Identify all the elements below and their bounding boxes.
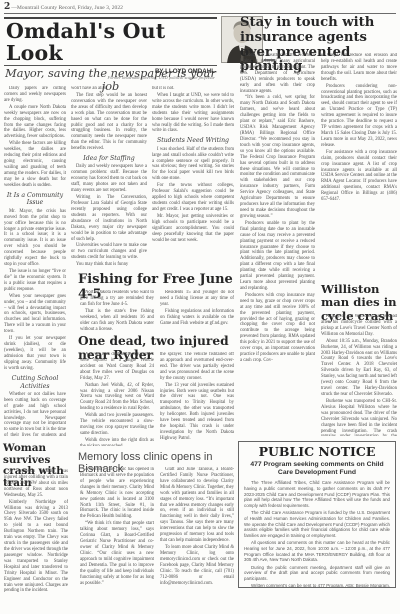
paragraph: the sprayer. The vehicle fishtailed off … xyxy=(160,352,234,382)
paragraph: Wohlk drove into the right ditch as the … xyxy=(80,438,154,446)
paragraph: but it is not. xyxy=(152,86,234,92)
paragraph: Mr. Mayor, the crisis has moved from the… xyxy=(4,209,66,268)
insurance-column-2: er Crops can reduce soil erosion and hel… xyxy=(321,53,397,280)
paragraph: The Child Care Assistance Program is fun… xyxy=(244,510,390,539)
insurance-column-1: Cold, wet weather in the Northern Plains… xyxy=(240,53,315,399)
paragraph: A Williston woman was injured after coll… xyxy=(4,469,68,499)
paragraph: Burkeme was transported to CHI-St. Alexi… xyxy=(321,399,397,436)
paragraph: er Crops can reduce soil erosion and hel… xyxy=(321,53,397,83)
paragraph: won't have an alibi. xyxy=(71,86,147,92)
section-heading: Students Need Writing xyxy=(152,137,234,145)
notice-subtitle: 477 Program seeking comments on Child Ca… xyxy=(250,461,384,477)
paragraph: Glatt and Julie Tanious, a Board-Certifi… xyxy=(160,467,234,544)
paragraph: Daily papers are cutting corners and wee… xyxy=(4,86,66,104)
paragraph: The 13 year old juveniles sustained inju… xyxy=(160,383,234,442)
paragraph: Cold, wet weather in the Northern Plains… xyxy=(240,53,315,94)
paragraph: Fishing regulations and information on f… xyxy=(160,309,234,327)
omdahl-column-1: Daily papers are cutting corners and wee… xyxy=(4,86,66,439)
paragraph: A Ryder man died and two juveniles were … xyxy=(80,352,154,382)
section-heading: Cutting School Activities xyxy=(4,375,66,391)
omdahl-column-2: won't have an alibi.The first step would… xyxy=(71,86,147,270)
folio-text: —Mountrail County Record, Friday, June 3… xyxy=(11,5,123,11)
fishing-column-2: Residents 15 and younger do not need a f… xyxy=(160,290,234,332)
paragraph: Producers unable to plant by the final p… xyxy=(240,221,315,292)
paragraph: All questions and comments on this matte… xyxy=(244,540,390,563)
fishing-column-1: North Dakota residents who want to give … xyxy=(80,290,154,332)
paragraph: Kimberly Northridge of Williston was dri… xyxy=(4,500,68,595)
paragraph: During the public comment meeting, depar… xyxy=(244,565,390,582)
paragraph: Whether or not dailies have been cutting… xyxy=(4,392,66,439)
paragraph: For the towns without colleges, Professo… xyxy=(152,183,234,213)
paragraph: To learn more about Clarity Mind & Memor… xyxy=(160,545,234,586)
paragraph: Written comment's can be sent to 477 Pro… xyxy=(244,583,390,588)
section-heading: It Is a Community Issue xyxy=(4,192,66,208)
notice-title: PUBLIC NOTICE xyxy=(244,445,390,459)
paragraph: For assistance with a crop insurance cla… xyxy=(321,150,397,203)
notice-body: The Three Affiliated Tribes, Child Care … xyxy=(244,480,390,588)
section-heading: Idea for Staffing xyxy=(71,155,147,163)
paragraph: The issue is no longer “live or die” in … xyxy=(4,269,66,293)
memory-column-2: Glatt and Julie Tanious, a Board-Certifi… xyxy=(160,467,234,612)
page-number: 2 xyxy=(4,2,10,12)
paragraph: The Three Affiliated Tribes, Child Care … xyxy=(244,480,390,509)
paragraph: I was shocked. Half of the students from… xyxy=(152,147,234,183)
omdahl-column-3: but it is not.When I taught at UND, we w… xyxy=(152,86,234,270)
paragraph: When your newspaper goes under, you – an… xyxy=(4,294,66,335)
memory-column-1: A memory care clinic has opened in Bisma… xyxy=(80,467,154,612)
paragraph: When I taught at UND, we were told to wr… xyxy=(152,93,234,134)
paragraph: A couple more North Dakota weekly newspa… xyxy=(4,105,66,141)
paragraph: Residents 15 and younger do not need a f… xyxy=(160,290,234,308)
paragraph: While these factors are killing weeklies… xyxy=(4,141,66,188)
paragraph: If you let your newspaper shrink (dailie… xyxy=(4,336,66,372)
paragraph: Nathan Joel Wohlk, 42, of Ryder, was dri… xyxy=(80,383,154,413)
paragraph: Producers considering non-conventional p… xyxy=(321,84,397,149)
paragraph: Mr. Mayor, just getting universities or … xyxy=(152,214,234,244)
paragraph: “It's been a cold, wet spring for many N… xyxy=(240,95,315,219)
paragraph: You may think that is funny xyxy=(71,262,147,268)
paragraph: A memory care clinic has opened in Bisma… xyxy=(80,467,154,520)
ryder-column-2: the sprayer. The vehicle fishtailed off … xyxy=(160,352,234,446)
paragraph: Universities would have to make one or t… xyxy=(71,243,147,261)
paragraph: Wohlk and two juvenile passengers. The v… xyxy=(80,413,154,437)
public-notice-box: PUBLIC NOTICE 477 Program seeking commen… xyxy=(238,441,396,588)
headline-omdahl: Omdahl's Out Look xyxy=(4,19,217,66)
train-crash-text: A Williston woman was injured after coll… xyxy=(4,469,68,612)
newspaper-page: { "folio": { "page_number": "2", "text":… xyxy=(0,0,400,614)
page-folio: 2 —Mountrail County Record, Friday, June… xyxy=(4,2,396,14)
paragraph: About 10:35 a.m., Monday, Brandon Burkem… xyxy=(321,339,397,398)
paragraph: The first step would be an honest conver… xyxy=(71,93,147,152)
cycle-crash-text: A 24 year old Williston man is dead afte… xyxy=(321,314,397,436)
ryder-column-1: A Ryder man died and two juveniles were … xyxy=(80,352,154,446)
paragraph: North Dakota residents who want to give … xyxy=(80,290,154,308)
paragraph: Producers with crop insurance may need t… xyxy=(240,293,315,364)
paragraph: A 24 year old Williston man is dead afte… xyxy=(321,314,397,338)
paragraph: “We think it's time that people start ta… xyxy=(80,521,154,586)
paragraph: Daily and weekly newspapers have a commo… xyxy=(71,164,147,194)
paragraph: Writing in The Conversation, Professor L… xyxy=(71,195,147,242)
paragraph: That is the state's free fishing weekend… xyxy=(80,309,154,332)
